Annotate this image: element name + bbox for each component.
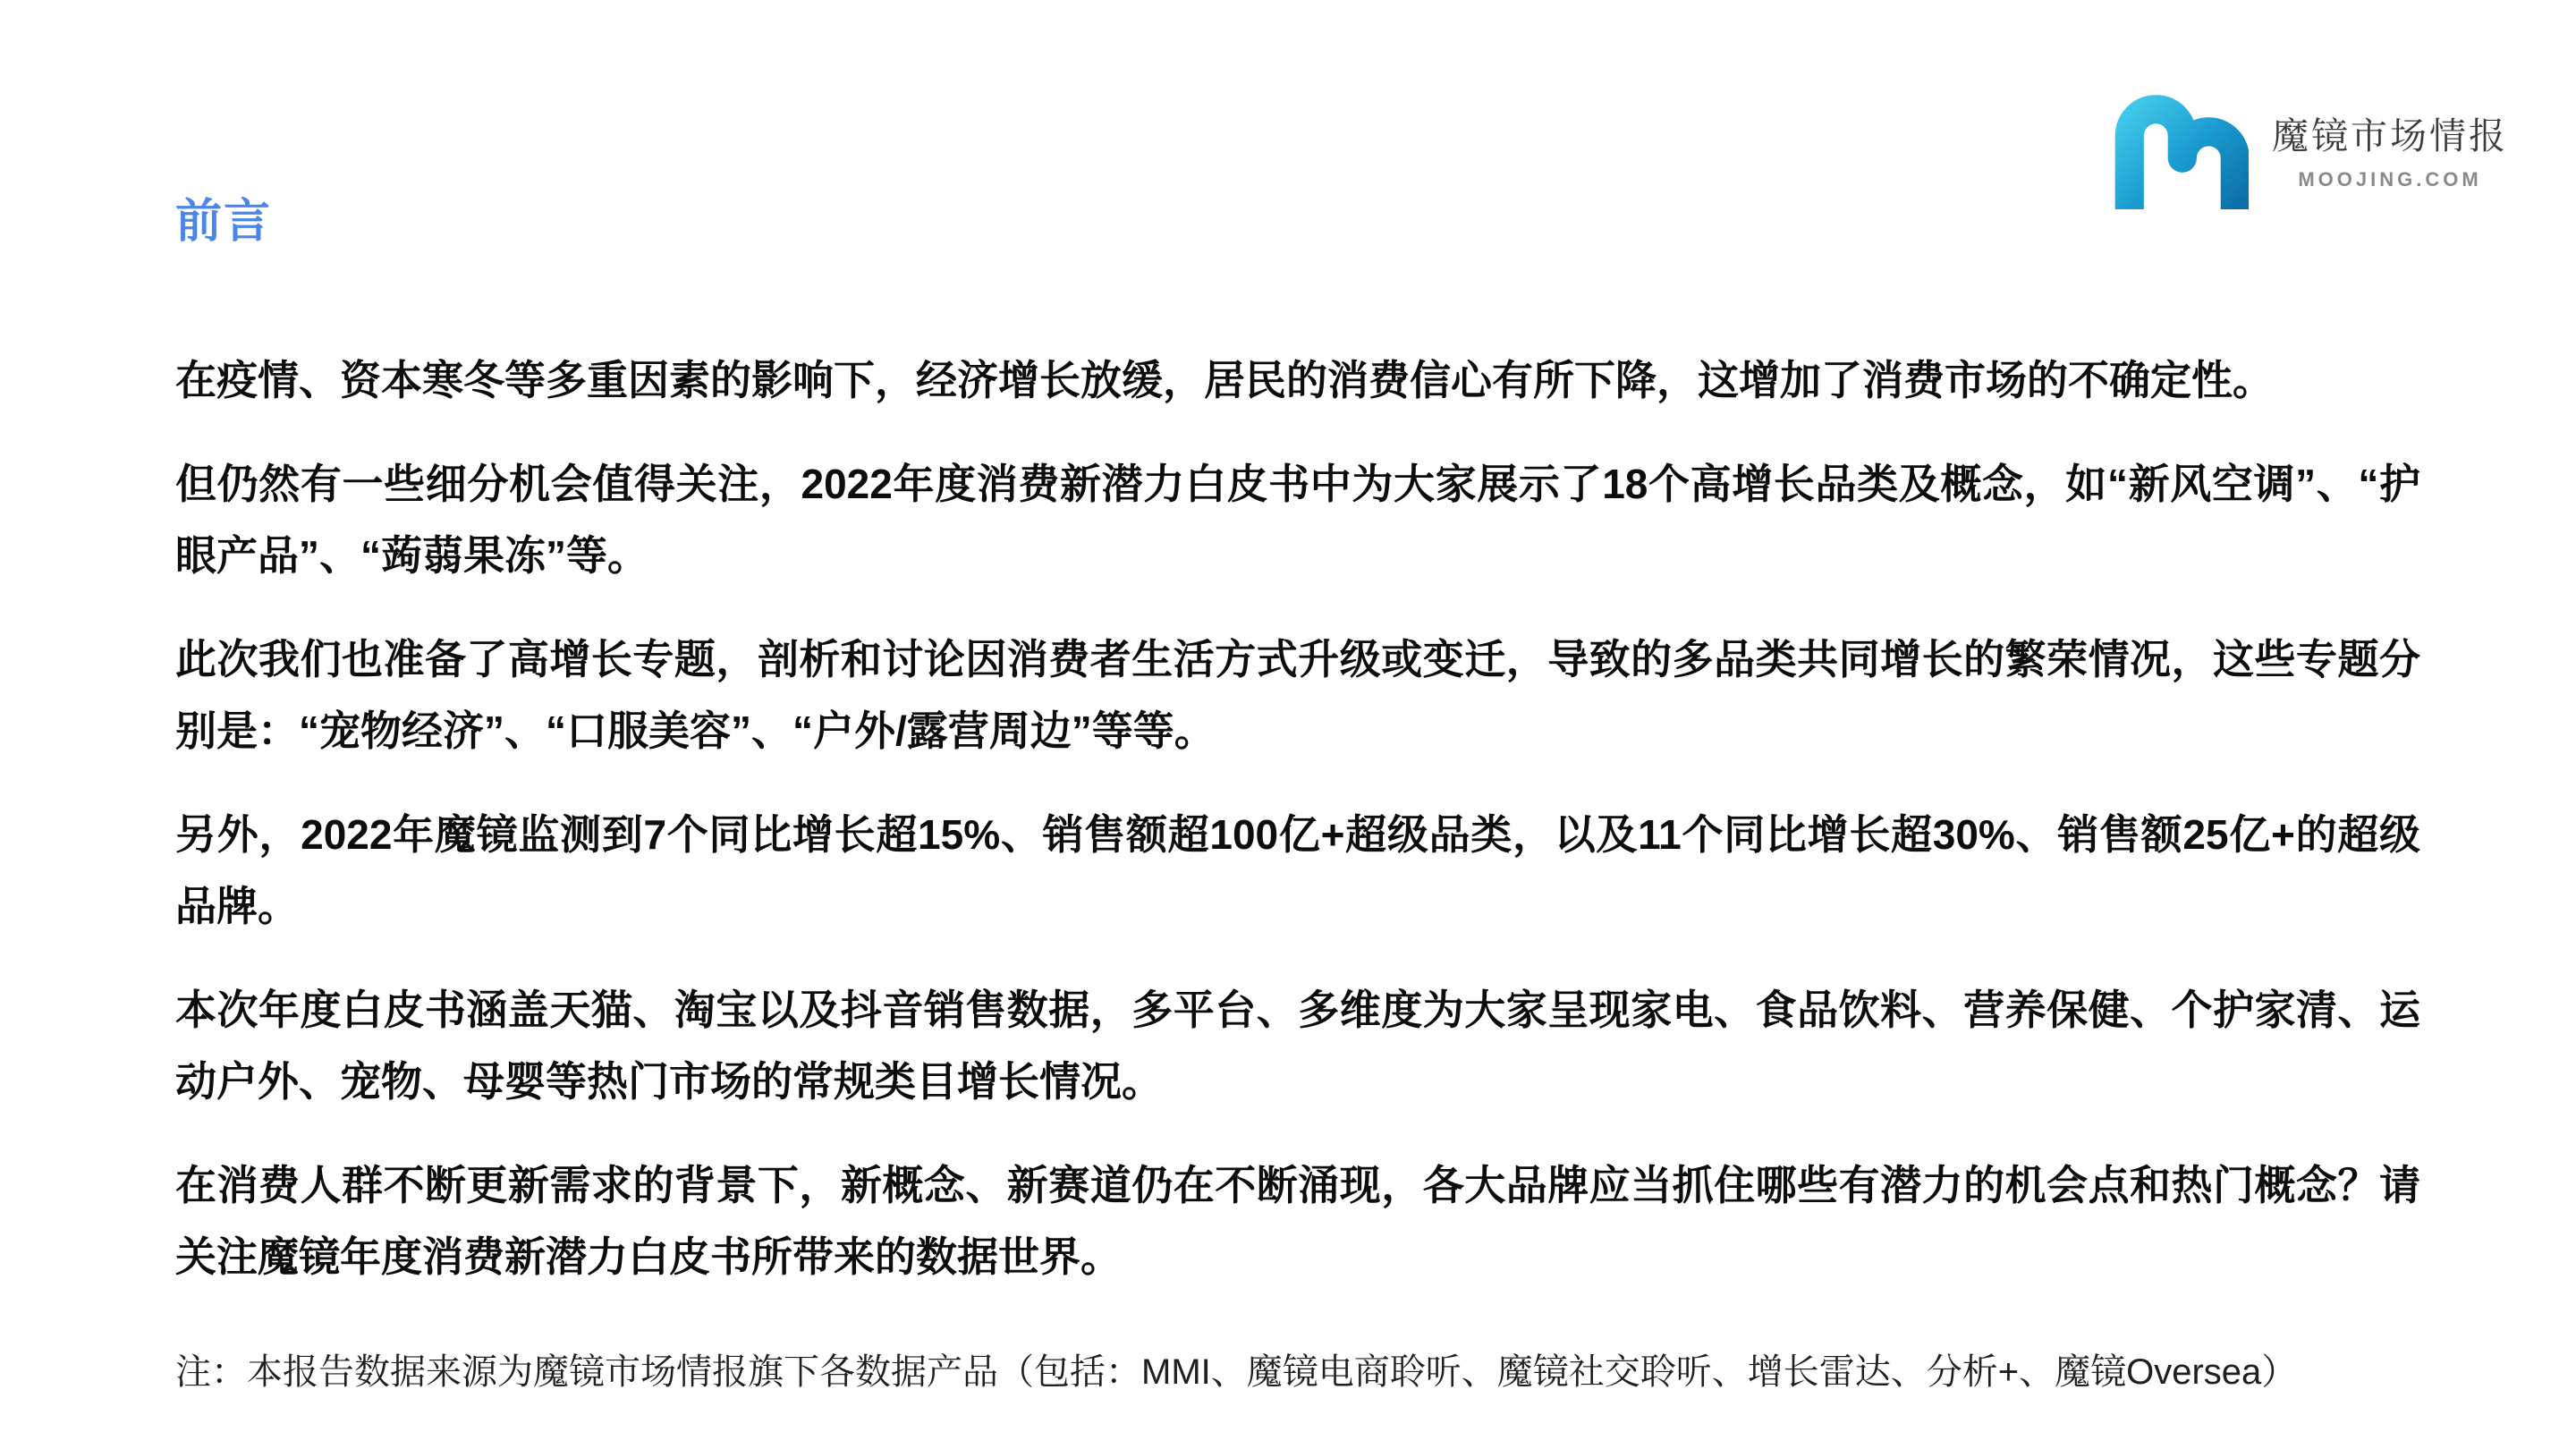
page-title: 前言 <box>175 183 272 250</box>
logo-company-name: 魔镜市场情报 <box>2272 106 2508 159</box>
paragraph: 在疫情、资本寒冬等多重因素的影响下，经济增长放缓，居民的消费信心有所下降，这增加… <box>175 344 2420 416</box>
slide: 前言 魔镜市场情报 MOOJING.COM 在疫情、资本寒冬等多重因素的影响下，… <box>0 0 2576 1449</box>
logo-text: 魔镜市场情报 MOOJING.COM <box>2272 106 2508 191</box>
paragraph: 此次我们也准备了高增长专题，剖析和讨论因消费者生活方式升级或变迁，导致的多品类共… <box>175 623 2420 767</box>
moojing-m-icon <box>2113 82 2249 215</box>
footer-note: 注：本报告数据来源为魔镜市场情报旗下各数据产品（包括：MMI、魔镜电商聆听、魔镜… <box>175 1343 2297 1394</box>
paragraph: 但仍然有一些细分机会值得关注，2022年度消费新潜力白皮书中为大家展示了18个高… <box>175 448 2420 591</box>
moojing-logo: 魔镜市场情报 MOOJING.COM <box>2113 82 2508 215</box>
logo-domain: MOOJING.COM <box>2298 168 2481 191</box>
paragraph: 本次年度白皮书涵盖天猫、淘宝以及抖音销售数据，多平台、多维度为大家呈现家电、食品… <box>175 974 2420 1117</box>
paragraph: 另外，2022年魔镜监测到7个同比增长超15%、销售额超100亿+超级品类，以及… <box>175 799 2420 942</box>
preface-body: 在疫情、资本寒冬等多重因素的影响下，经济增长放缓，居民的消费信心有所下降，这增加… <box>175 344 2420 1325</box>
paragraph: 在消费人群不断更新需求的背景下，新概念、新赛道仍在不断涌现，各大品牌应当抓住哪些… <box>175 1149 2420 1292</box>
